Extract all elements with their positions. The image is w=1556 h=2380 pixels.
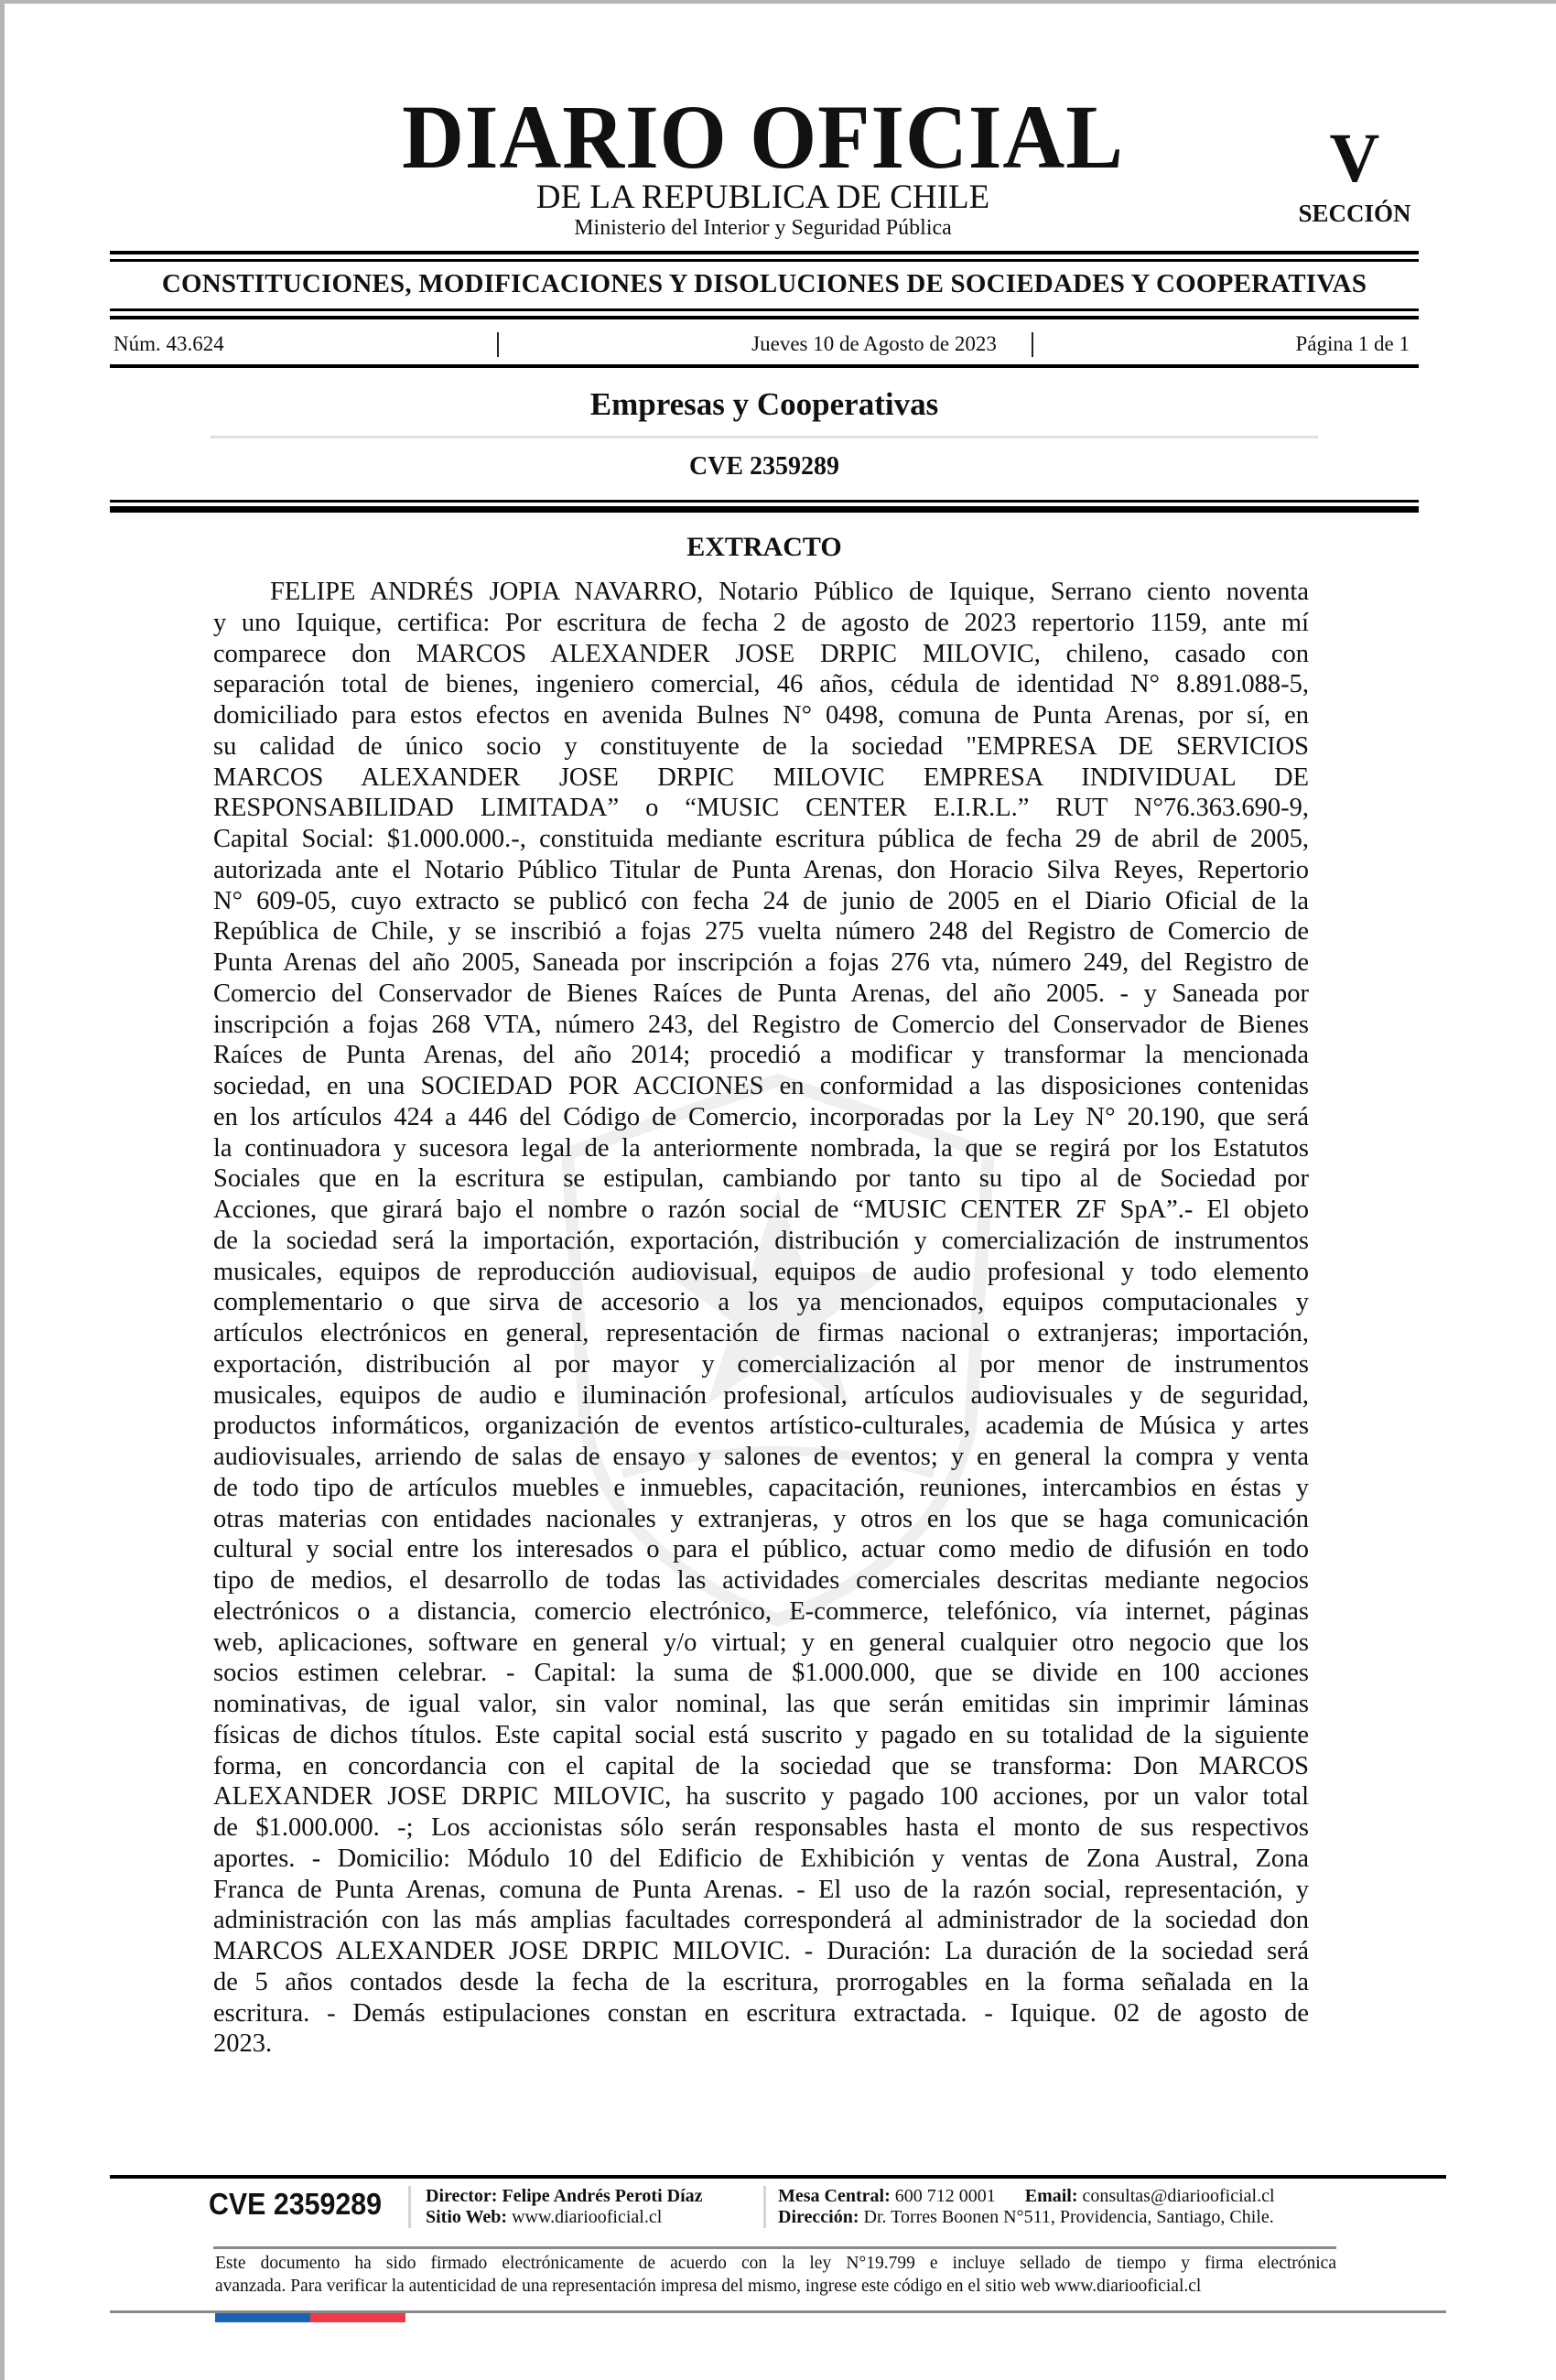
body-line: aportes. - Domicilio: Módulo 10 del Edif… <box>213 1844 1309 1875</box>
section-label: SECCIÓN <box>1281 200 1428 227</box>
body-line: MARCOS ALEXANDER JOSE DRPIC MILOVIC. - D… <box>213 1936 1309 1967</box>
body-line: Sociales que en la escritura se estipula… <box>213 1163 1309 1195</box>
body-line: electrónicos o a distancia, comercio ele… <box>213 1596 1309 1628</box>
body-line: de la sociedad será la importación, expo… <box>213 1226 1309 1257</box>
footer-rule <box>213 2246 1336 2249</box>
rule <box>110 259 1419 262</box>
body-line: República de Chile, y se inscribió a foj… <box>213 916 1309 947</box>
body-line: administración con las más amplias facul… <box>213 1905 1309 1936</box>
address-value: Dr. Torres Boonen N°511, Providencia, Sa… <box>864 2207 1274 2227</box>
body-line: la continuadora y sucesora legal de la a… <box>213 1133 1309 1164</box>
page-border-left <box>0 0 5 2380</box>
disclaimer-line: avanzada. Para verificar la autenticidad… <box>215 2275 1336 2298</box>
body-line: físicas de dichos títulos. Este capital … <box>213 1720 1309 1751</box>
email-label: Email: <box>1025 2186 1078 2206</box>
body-line: musicales, equipos de audio e iluminació… <box>213 1380 1309 1412</box>
rule <box>110 316 1419 319</box>
footer-cve-code: CVE 2359289 <box>209 2186 382 2223</box>
body-line <box>213 2060 1309 2091</box>
phone-label: Mesa Central: <box>778 2186 891 2206</box>
body-line: de todo tipo de artículos muebles e inmu… <box>213 1473 1309 1504</box>
disclaimer-line: Este documento ha sido firmado electróni… <box>215 2252 1336 2275</box>
rule <box>110 506 1419 513</box>
body-line: audiovisuales, arriendo de salas de ensa… <box>213 1442 1309 1473</box>
divider <box>1032 332 1033 357</box>
body-line: Punta Arenas del año 2005, Saneada por i… <box>213 947 1309 979</box>
divider <box>497 332 499 357</box>
body-line: cultural y social entre los interesados … <box>213 1534 1309 1565</box>
page-indicator: Página 1 de 1 <box>1295 330 1410 359</box>
body-line: y uno Iquique, certifica: Por escritura … <box>213 608 1309 639</box>
body-line: MARCOS ALEXANDER JOSE DRPIC MILOVIC EMPR… <box>213 763 1309 794</box>
body-line: comparece don MARCOS ALEXANDER JOSE DRPI… <box>213 639 1309 670</box>
body-line: FELIPE ANDRÉS JOPIA NAVARRO, Notario Púb… <box>213 577 1309 608</box>
issue-meta-row: Núm. 43.624 Jueves 10 de Agosto de 2023 … <box>110 330 1419 359</box>
rule <box>110 500 1419 503</box>
body-line: Raíces de Punta Arenas, del año 2014; pr… <box>213 1040 1309 1071</box>
website-label: Sitio Web: <box>426 2207 507 2227</box>
category-title: CONSTITUCIONES, MODIFICACIONES Y DISOLUC… <box>110 267 1419 300</box>
body-line: tipo de medios, el desarrollo de todas l… <box>213 1565 1309 1596</box>
org-type-title: Empresas y Cooperativas <box>110 384 1419 425</box>
body-line: de $1.000.000. -; Los accionistas sólo s… <box>213 1812 1309 1844</box>
flag-blue-bar <box>215 2313 310 2322</box>
flag-red-bar <box>310 2313 405 2322</box>
body-line: su calidad de único socio y constituyent… <box>213 731 1309 763</box>
rule <box>110 251 1419 254</box>
body-line: RESPONSABILIDAD LIMITADA” o “MUSIC CENTE… <box>213 793 1309 824</box>
body-line: inscripción a fojas 268 VTA, número 243,… <box>213 1010 1309 1041</box>
body-line: Acciones, que girará bajo el nombre o ra… <box>213 1195 1309 1226</box>
body-line: de 5 años contados desde la fecha de la … <box>213 1967 1309 1998</box>
body-line: musicales, equipos de reproducción audio… <box>213 1257 1309 1288</box>
issue-date: Jueves 10 de Agosto de 2023 <box>607 330 1141 359</box>
body-line: productos informáticos, organización de … <box>213 1411 1309 1442</box>
director-label: Director: <box>426 2186 497 2206</box>
body-line: domiciliado para estos efectos en avenid… <box>213 700 1309 731</box>
website-link[interactable]: www.diariooficial.cl <box>512 2207 662 2227</box>
body-line: forma, en concordancia con el capital de… <box>213 1751 1309 1782</box>
rule <box>211 436 1318 438</box>
body-line: separación total de bienes, ingeniero co… <box>213 669 1309 700</box>
rule <box>110 364 1419 368</box>
masthead-title: DIARIO OFICIAL <box>46 92 1480 183</box>
footer-director-block: Director: Felipe Andrés Peroti Díaz Siti… <box>426 2186 703 2228</box>
body-line: ALEXANDER JOSE DRPIC MILOVIC, ha suscrit… <box>213 1781 1309 1812</box>
body-line: artículos electrónicos en general, repre… <box>213 1318 1309 1349</box>
body-line: Franca de Punta Arenas, comuna de Punta … <box>213 1875 1309 1906</box>
body-line: otras materias con entidades nacionales … <box>213 1504 1309 1535</box>
body-line: N° 609-05, cuyo extracto se publicó con … <box>213 886 1309 917</box>
body-line: Capital Social: $1.000.000.-, constituid… <box>213 824 1309 855</box>
rule <box>110 308 1419 311</box>
body-line: sociedad, en una SOCIEDAD POR ACCIONES e… <box>213 1071 1309 1102</box>
body-line: complementario o que sirva de accesorio … <box>213 1287 1309 1318</box>
body-line: exportación, distribución al por mayor y… <box>213 1349 1309 1380</box>
body-line: Comercio del Conservador de Bienes Raíce… <box>213 979 1309 1010</box>
body-line: socios estimen celebrar. - Capital: la s… <box>213 1658 1309 1689</box>
divider <box>408 2186 411 2228</box>
body-line: web, aplicaciones, software en general y… <box>213 1628 1309 1659</box>
body-line: 2023. <box>213 2028 1309 2060</box>
document-body: FELIPE ANDRÉS JOPIA NAVARRO, Notario Púb… <box>213 577 1309 2091</box>
phone-value: 600 712 0001 <box>895 2186 996 2206</box>
divider <box>763 2186 766 2228</box>
footer-rule <box>110 2175 1446 2179</box>
section-number: V <box>1291 124 1419 193</box>
cve-code: CVE 2359289 <box>110 449 1419 485</box>
body-line: en los artículos 424 a 446 del Código de… <box>213 1102 1309 1133</box>
footer-contact-block: Mesa Central: 600 712 0001 Email: consul… <box>778 2186 1275 2228</box>
director-name: Felipe Andrés Peroti Díaz <box>502 2186 702 2206</box>
document-heading: EXTRACTO <box>110 529 1419 566</box>
signature-disclaimer: Este documento ha sido firmado electróni… <box>215 2252 1336 2298</box>
address-label: Dirección: <box>778 2207 859 2227</box>
body-line: autorizada ante el Notario Público Titul… <box>213 855 1309 886</box>
email-link[interactable]: consultas@diariooficial.cl <box>1083 2186 1275 2206</box>
issue-number: Núm. 43.624 <box>113 330 224 359</box>
body-line: nominativas, de igual valor, sin valor n… <box>213 1689 1309 1720</box>
page-border-top <box>0 0 1556 4</box>
body-line: escritura. - Demás estipulaciones consta… <box>213 1998 1309 2029</box>
